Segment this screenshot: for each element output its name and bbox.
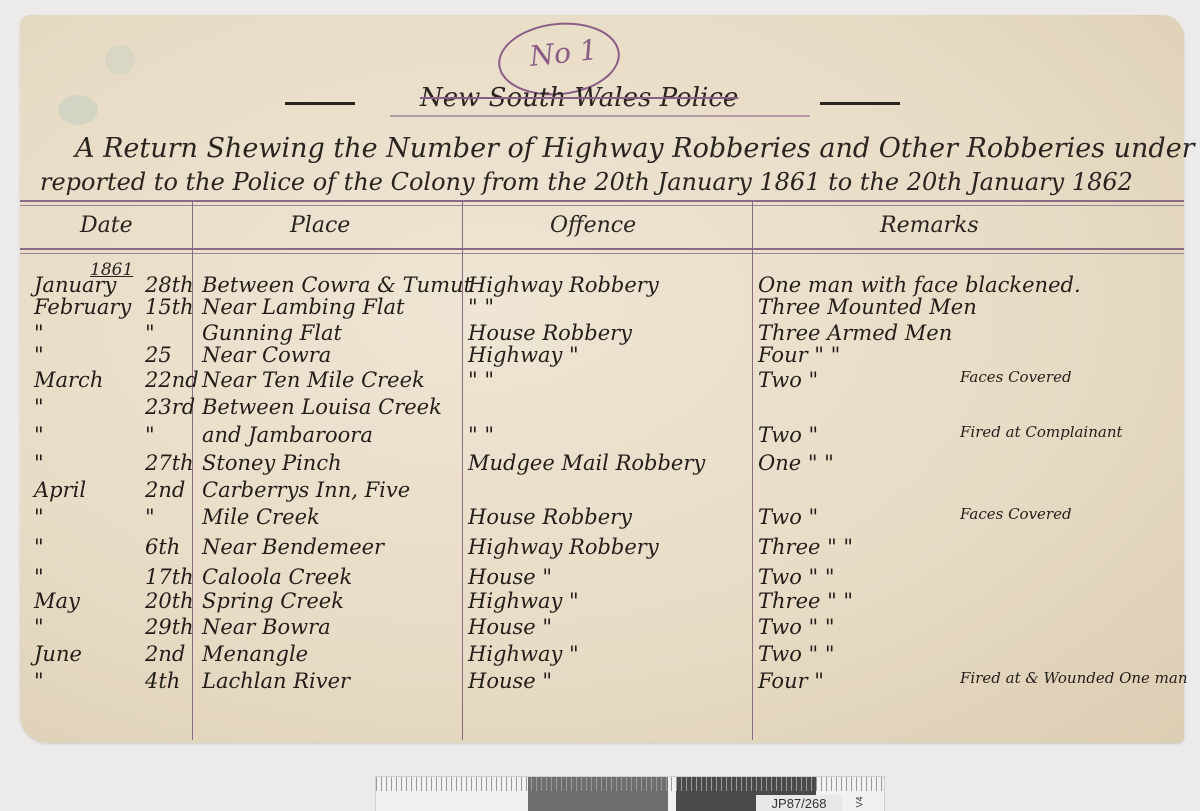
table-row: "29thNear BowraHouse "Two " " bbox=[20, 615, 1184, 645]
cell-day: 29th bbox=[145, 615, 194, 639]
cell-day: 20th bbox=[145, 589, 194, 613]
cell-month: January bbox=[34, 273, 116, 297]
subtitle-line-1: A Return Shewing the Number of Highway R… bbox=[75, 133, 1200, 164]
cell-offence: House Robbery bbox=[468, 321, 632, 345]
table-top-rule-inner bbox=[20, 205, 1184, 206]
cell-day: 4th bbox=[145, 669, 180, 693]
cell-day: 25 bbox=[145, 343, 172, 367]
cell-offence: House " bbox=[468, 669, 552, 693]
cell-remarks: Two " bbox=[758, 368, 818, 392]
cell-offence: " " bbox=[468, 368, 494, 392]
table-row: ""and Jambaroora" "Two "Fired at Complai… bbox=[20, 423, 1184, 453]
cell-day: 15th bbox=[145, 295, 194, 319]
cell-remarks: One man with face blackened. bbox=[758, 273, 1081, 297]
cell-month: " bbox=[34, 565, 44, 589]
cell-remarks: Two " " bbox=[758, 642, 835, 666]
cell-month: " bbox=[34, 505, 44, 529]
cell-remarks: Two " bbox=[758, 505, 818, 529]
cell-remarks: Three Mounted Men bbox=[758, 295, 977, 319]
header-bottom-rule-inner bbox=[20, 253, 1184, 254]
cell-remarks: One " " bbox=[758, 451, 834, 475]
stamp-text: No 1 bbox=[528, 33, 599, 73]
cell-day: 6th bbox=[145, 535, 180, 559]
table-row: "23rdBetween Louisa Creek bbox=[20, 395, 1184, 425]
cell-month: " bbox=[34, 423, 44, 447]
cell-note: Faces Covered bbox=[960, 368, 1072, 386]
cell-place: Near Bowra bbox=[202, 615, 331, 639]
stain-mark bbox=[105, 45, 135, 75]
cell-month: February bbox=[34, 295, 131, 319]
cell-day: " bbox=[145, 505, 155, 529]
table-row: "4thLachlan RiverHouse "Four "Fired at &… bbox=[20, 669, 1184, 699]
cell-month: " bbox=[34, 343, 44, 367]
catalogue-label: JP87/268 bbox=[756, 795, 842, 811]
cell-place: Stoney Pinch bbox=[202, 451, 342, 475]
cell-offence: " " bbox=[468, 423, 494, 447]
cell-day: " bbox=[145, 321, 155, 345]
cell-place: Between Cowra & Tumut bbox=[202, 273, 472, 297]
cell-offence: Highway " bbox=[468, 343, 579, 367]
cell-month: " bbox=[34, 395, 44, 419]
cell-place: Near Bendemeer bbox=[202, 535, 384, 559]
table-row: "6thNear BendemeerHighway RobberyThree "… bbox=[20, 535, 1184, 565]
cell-month: " bbox=[34, 615, 44, 639]
cell-remarks: Two " bbox=[758, 423, 818, 447]
cell-remarks: Three " " bbox=[758, 589, 853, 613]
column-header-offence: Offence bbox=[550, 213, 636, 238]
cell-offence: Highway Robbery bbox=[468, 535, 659, 559]
subtitle-line-2: reported to the Police of the Colony fro… bbox=[40, 168, 1133, 196]
cell-month: " bbox=[34, 669, 44, 693]
cell-offence: Highway Robbery bbox=[468, 273, 659, 297]
cell-place: and Jambaroora bbox=[202, 423, 373, 447]
cell-offence: House Robbery bbox=[468, 505, 632, 529]
cell-remarks: Three " " bbox=[758, 535, 853, 559]
cell-place: Menangle bbox=[202, 642, 308, 666]
stain-mark bbox=[58, 95, 98, 125]
cell-day: 2nd bbox=[145, 642, 185, 666]
document-heading: New South Wales Police bbox=[420, 83, 738, 113]
cell-remarks: Three Armed Men bbox=[758, 321, 952, 345]
cell-month: " bbox=[34, 451, 44, 475]
cell-month: March bbox=[34, 368, 103, 392]
cell-day: 27th bbox=[145, 451, 194, 475]
cell-month: " bbox=[34, 321, 44, 345]
table-top-rule bbox=[20, 200, 1184, 202]
heading-dash-right bbox=[820, 102, 900, 105]
column-header-date: Date bbox=[80, 213, 133, 238]
cell-place: Carberrys Inn, Five bbox=[202, 478, 410, 502]
cell-place: Lachlan River bbox=[202, 669, 350, 693]
manuscript-page: No 1 New South Wales Police A Return She… bbox=[20, 15, 1184, 743]
cell-remarks: Two " " bbox=[758, 565, 835, 589]
cell-day: 22nd bbox=[145, 368, 199, 392]
cell-day: 2nd bbox=[145, 478, 185, 502]
cell-day: 28th bbox=[145, 273, 194, 297]
cell-day: 17th bbox=[145, 565, 194, 589]
cell-place: Gunning Flat bbox=[202, 321, 342, 345]
ruler-side-label: V4 bbox=[855, 796, 865, 807]
table-row: June2ndMenangleHighway "Two " " bbox=[20, 642, 1184, 672]
cell-place: Near Cowra bbox=[202, 343, 331, 367]
cell-offence: Highway " bbox=[468, 589, 579, 613]
cell-place: Between Louisa Creek bbox=[202, 395, 442, 419]
cell-note: Fired at & Wounded One man bbox=[960, 669, 1188, 687]
table-row: April2ndCarberrys Inn, Five bbox=[20, 478, 1184, 508]
cell-remarks: Four " bbox=[758, 669, 824, 693]
heading-underline bbox=[390, 115, 810, 117]
cell-offence: " " bbox=[468, 295, 494, 319]
cell-month: June bbox=[34, 642, 82, 666]
cell-month: May bbox=[34, 589, 80, 613]
header-bottom-rule bbox=[20, 248, 1184, 250]
cell-offence: House " bbox=[468, 615, 552, 639]
cell-remarks: Two " " bbox=[758, 615, 835, 639]
cell-offence: Highway " bbox=[468, 642, 579, 666]
cell-place: Caloola Creek bbox=[202, 565, 352, 589]
cell-place: Near Lambing Flat bbox=[202, 295, 404, 319]
cell-place: Mile Creek bbox=[202, 505, 320, 529]
table-row: ""Mile CreekHouse RobberyTwo "Faces Cove… bbox=[20, 505, 1184, 535]
cell-note: Fired at Complainant bbox=[960, 423, 1123, 441]
cell-month: April bbox=[34, 478, 86, 502]
column-header-remarks: Remarks bbox=[880, 213, 979, 238]
heading-dash-left bbox=[285, 102, 355, 105]
cell-month: " bbox=[34, 535, 44, 559]
cell-offence: Mudgee Mail Robbery bbox=[468, 451, 705, 475]
cell-day: " bbox=[145, 423, 155, 447]
table-row: "27thStoney PinchMudgee Mail RobberyOne … bbox=[20, 451, 1184, 481]
cell-note: Faces Covered bbox=[960, 505, 1072, 523]
cell-place: Spring Creek bbox=[202, 589, 344, 613]
cell-offence: House " bbox=[468, 565, 552, 589]
scale-ruler: JP87/268 V4 bbox=[375, 776, 885, 811]
cell-place: Near Ten Mile Creek bbox=[202, 368, 425, 392]
table-row: March22ndNear Ten Mile Creek" "Two "Face… bbox=[20, 368, 1184, 398]
cell-day: 23rd bbox=[145, 395, 195, 419]
column-header-place: Place bbox=[290, 213, 350, 238]
ruler-ticks bbox=[376, 777, 884, 791]
cell-remarks: Four " " bbox=[758, 343, 840, 367]
